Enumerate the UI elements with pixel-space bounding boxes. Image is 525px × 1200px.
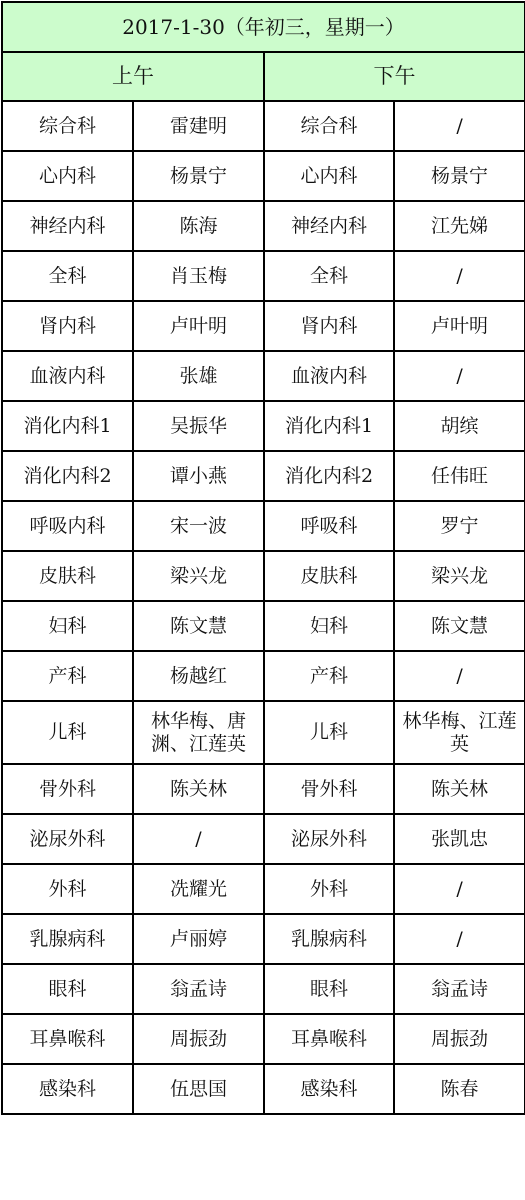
afternoon-department-cell: 消化内科2 bbox=[264, 451, 394, 501]
morning-doctor-cell: 梁兴龙 bbox=[133, 551, 264, 601]
afternoon-header: 下午 bbox=[264, 52, 525, 101]
table-row: 肾内科卢叶明肾内科卢叶明 bbox=[2, 301, 525, 351]
table-row: 外科冼耀光外科/ bbox=[2, 864, 525, 914]
afternoon-doctor-cell: 陈文慧 bbox=[394, 601, 525, 651]
afternoon-doctor-cell: 周振劲 bbox=[394, 1014, 525, 1064]
afternoon-doctor-cell: 江先娣 bbox=[394, 201, 525, 251]
afternoon-department-cell: 皮肤科 bbox=[264, 551, 394, 601]
morning-department-cell: 产科 bbox=[2, 651, 133, 701]
morning-department-cell: 眼科 bbox=[2, 964, 133, 1014]
morning-doctor-cell: 陈海 bbox=[133, 201, 264, 251]
morning-department-cell: 妇科 bbox=[2, 601, 133, 651]
afternoon-doctor-cell: 林华梅、江莲英 bbox=[394, 701, 525, 764]
afternoon-doctor-cell: 罗宁 bbox=[394, 501, 525, 551]
table-row: 消化内科1吴振华消化内科1胡缤 bbox=[2, 401, 525, 451]
afternoon-doctor-cell: 任伟旺 bbox=[394, 451, 525, 501]
morning-department-cell: 消化内科2 bbox=[2, 451, 133, 501]
morning-doctor-cell: 雷建明 bbox=[133, 101, 264, 151]
morning-department-cell: 儿科 bbox=[2, 701, 133, 764]
morning-doctor-cell: 宋一波 bbox=[133, 501, 264, 551]
morning-department-cell: 心内科 bbox=[2, 151, 133, 201]
table-row: 眼科翁孟诗眼科翁孟诗 bbox=[2, 964, 525, 1014]
table-row: 呼吸内科宋一波呼吸科罗宁 bbox=[2, 501, 525, 551]
morning-doctor-cell: 陈文慧 bbox=[133, 601, 264, 651]
afternoon-doctor-cell: 陈关林 bbox=[394, 764, 525, 814]
morning-department-cell: 耳鼻喉科 bbox=[2, 1014, 133, 1064]
table-row: 感染科伍思国感染科陈春 bbox=[2, 1064, 525, 1114]
morning-doctor-cell: 陈关林 bbox=[133, 764, 264, 814]
period-header-row: 上午 下午 bbox=[2, 52, 525, 101]
morning-header: 上午 bbox=[2, 52, 264, 101]
afternoon-doctor-cell: / bbox=[394, 864, 525, 914]
morning-department-cell: 肾内科 bbox=[2, 301, 133, 351]
morning-department-cell: 感染科 bbox=[2, 1064, 133, 1114]
morning-department-cell: 综合科 bbox=[2, 101, 133, 151]
afternoon-doctor-cell: / bbox=[394, 914, 525, 964]
morning-doctor-cell: 伍思国 bbox=[133, 1064, 264, 1114]
morning-doctor-cell: / bbox=[133, 814, 264, 864]
afternoon-doctor-cell: 陈春 bbox=[394, 1064, 525, 1114]
afternoon-department-cell: 神经内科 bbox=[264, 201, 394, 251]
morning-doctor-cell: 冼耀光 bbox=[133, 864, 264, 914]
morning-department-cell: 全科 bbox=[2, 251, 133, 301]
afternoon-department-cell: 血液内科 bbox=[264, 351, 394, 401]
schedule-table: 2017-1-30（年初三，星期一） 上午 下午 综合科雷建明综合科/心内科杨景… bbox=[1, 1, 525, 1115]
afternoon-department-cell: 妇科 bbox=[264, 601, 394, 651]
afternoon-doctor-cell: / bbox=[394, 251, 525, 301]
afternoon-department-cell: 感染科 bbox=[264, 1064, 394, 1114]
morning-doctor-cell: 杨景宁 bbox=[133, 151, 264, 201]
afternoon-department-cell: 骨外科 bbox=[264, 764, 394, 814]
morning-department-cell: 泌尿外科 bbox=[2, 814, 133, 864]
table-row: 综合科雷建明综合科/ bbox=[2, 101, 525, 151]
title-row: 2017-1-30（年初三，星期一） bbox=[2, 2, 525, 52]
afternoon-doctor-cell: / bbox=[394, 651, 525, 701]
table-row: 心内科杨景宁心内科杨景宁 bbox=[2, 151, 525, 201]
morning-doctor-cell: 谭小燕 bbox=[133, 451, 264, 501]
morning-doctor-cell: 卢叶明 bbox=[133, 301, 264, 351]
afternoon-department-cell: 泌尿外科 bbox=[264, 814, 394, 864]
morning-department-cell: 乳腺病科 bbox=[2, 914, 133, 964]
morning-doctor-cell: 林华梅、唐渊、江莲英 bbox=[133, 701, 264, 764]
afternoon-department-cell: 眼科 bbox=[264, 964, 394, 1014]
schedule-date-title: 2017-1-30（年初三，星期一） bbox=[2, 2, 525, 52]
afternoon-department-cell: 产科 bbox=[264, 651, 394, 701]
table-row: 皮肤科梁兴龙皮肤科梁兴龙 bbox=[2, 551, 525, 601]
morning-department-cell: 外科 bbox=[2, 864, 133, 914]
morning-doctor-cell: 卢丽婷 bbox=[133, 914, 264, 964]
morning-department-cell: 血液内科 bbox=[2, 351, 133, 401]
afternoon-department-cell: 外科 bbox=[264, 864, 394, 914]
afternoon-doctor-cell: 梁兴龙 bbox=[394, 551, 525, 601]
morning-doctor-cell: 吴振华 bbox=[133, 401, 264, 451]
afternoon-department-cell: 儿科 bbox=[264, 701, 394, 764]
table-row: 血液内科张雄血液内科/ bbox=[2, 351, 525, 401]
table-row: 产科杨越红产科/ bbox=[2, 651, 525, 701]
table-row: 乳腺病科卢丽婷乳腺病科/ bbox=[2, 914, 525, 964]
morning-doctor-cell: 肖玉梅 bbox=[133, 251, 264, 301]
afternoon-department-cell: 呼吸科 bbox=[264, 501, 394, 551]
morning-department-cell: 消化内科1 bbox=[2, 401, 133, 451]
morning-department-cell: 呼吸内科 bbox=[2, 501, 133, 551]
afternoon-doctor-cell: / bbox=[394, 351, 525, 401]
morning-doctor-cell: 周振劲 bbox=[133, 1014, 264, 1064]
table-row: 全科肖玉梅全科/ bbox=[2, 251, 525, 301]
afternoon-doctor-cell: 卢叶明 bbox=[394, 301, 525, 351]
afternoon-department-cell: 全科 bbox=[264, 251, 394, 301]
afternoon-department-cell: 乳腺病科 bbox=[264, 914, 394, 964]
afternoon-department-cell: 心内科 bbox=[264, 151, 394, 201]
afternoon-doctor-cell: / bbox=[394, 101, 525, 151]
table-row: 儿科林华梅、唐渊、江莲英儿科林华梅、江莲英 bbox=[2, 701, 525, 764]
afternoon-doctor-cell: 杨景宁 bbox=[394, 151, 525, 201]
morning-doctor-cell: 张雄 bbox=[133, 351, 264, 401]
table-row: 骨外科陈关林骨外科陈关林 bbox=[2, 764, 525, 814]
afternoon-department-cell: 肾内科 bbox=[264, 301, 394, 351]
morning-doctor-cell: 杨越红 bbox=[133, 651, 264, 701]
morning-department-cell: 神经内科 bbox=[2, 201, 133, 251]
table-row: 消化内科2谭小燕消化内科2任伟旺 bbox=[2, 451, 525, 501]
afternoon-department-cell: 综合科 bbox=[264, 101, 394, 151]
afternoon-department-cell: 消化内科1 bbox=[264, 401, 394, 451]
morning-department-cell: 骨外科 bbox=[2, 764, 133, 814]
table-row: 神经内科陈海神经内科江先娣 bbox=[2, 201, 525, 251]
afternoon-doctor-cell: 胡缤 bbox=[394, 401, 525, 451]
table-row: 妇科陈文慧妇科陈文慧 bbox=[2, 601, 525, 651]
morning-doctor-cell: 翁孟诗 bbox=[133, 964, 264, 1014]
table-row: 耳鼻喉科周振劲耳鼻喉科周振劲 bbox=[2, 1014, 525, 1064]
morning-department-cell: 皮肤科 bbox=[2, 551, 133, 601]
afternoon-department-cell: 耳鼻喉科 bbox=[264, 1014, 394, 1064]
afternoon-doctor-cell: 翁孟诗 bbox=[394, 964, 525, 1014]
afternoon-doctor-cell: 张凯忠 bbox=[394, 814, 525, 864]
table-row: 泌尿外科/泌尿外科张凯忠 bbox=[2, 814, 525, 864]
